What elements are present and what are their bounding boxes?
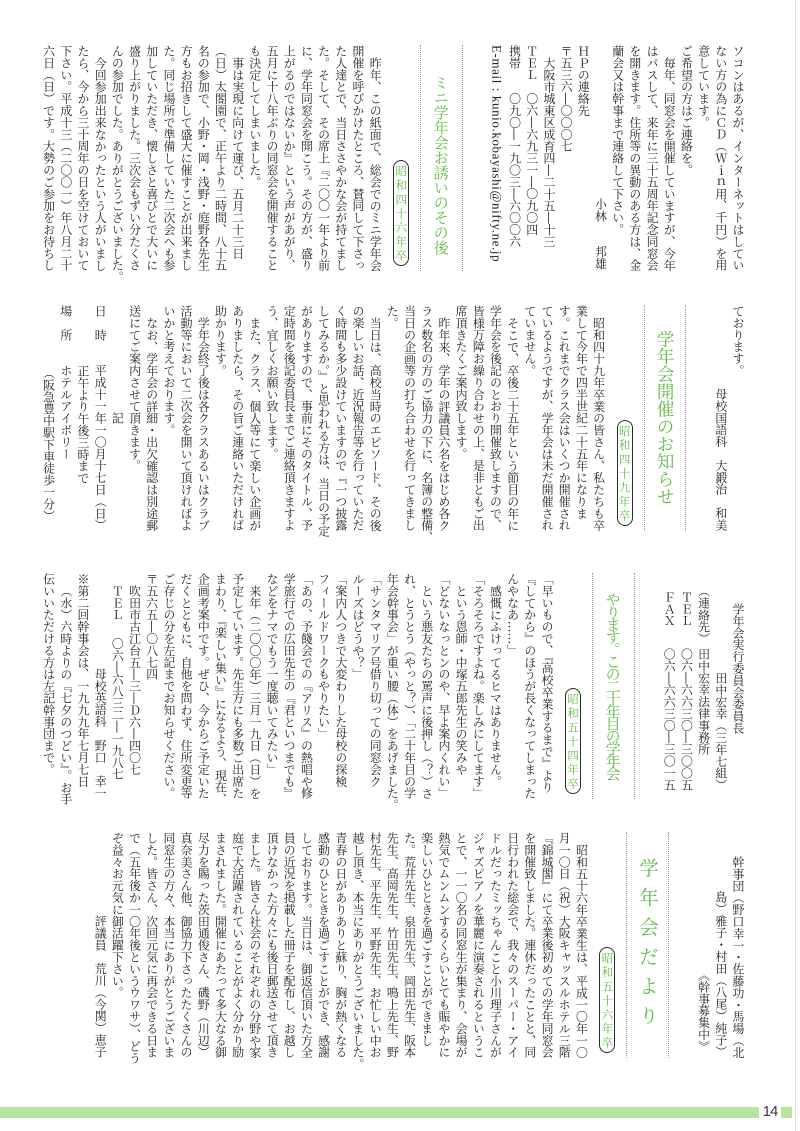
text-line: ジャズピアノを華麗に演奏されるというこ bbox=[469, 832, 486, 1058]
text-line: 五月に十八年ぶりの同窓会を開催すること bbox=[263, 45, 280, 271]
committee-tel: ＴＥＬ〇六―六六三〇―三〇〇五 bbox=[677, 573, 694, 799]
class-year-badge: 昭和五十四年卒 bbox=[565, 688, 581, 794]
text-line: まわり、『楽しい集い』になるよう、現在、 bbox=[211, 573, 228, 799]
text-line: 定時間を後記委員長までご連絡頂きますよ bbox=[280, 305, 297, 531]
text-line: しております。当日は、御返信頂いた方全 bbox=[297, 832, 314, 1058]
text-line: 加していただき、懐しさと喜びとで大いに bbox=[143, 45, 160, 271]
page-edge-rule bbox=[795, 0, 796, 1131]
organizers-line: 幹事団（野口幸一・佐藤功・馬場（北 bbox=[729, 832, 746, 1058]
article-title: ミニ学年会お誘いのその後 bbox=[429, 45, 453, 271]
author-signature: 母校国語科 大鍛治 和美 bbox=[712, 305, 729, 531]
text-line: 村先生、平先生、平野先生、お忙しい中お bbox=[366, 832, 383, 1058]
postal-code: 〒五六五―〇八七四 bbox=[143, 573, 160, 799]
text-line: 学年会終了後は各クラスあるいはクラブ bbox=[194, 305, 211, 531]
text-line: 年会幹事会」が重い腰（体）をあげました。 bbox=[383, 573, 400, 799]
schedule-time: 正午より午後三時まで bbox=[74, 305, 91, 531]
note-line: 伝いいただける方は左記幹事団まで。 bbox=[39, 573, 56, 799]
dotted-rule bbox=[668, 832, 670, 1058]
date-label: 日 時 bbox=[91, 305, 108, 365]
schedule-place: 場 所ホテルアイボリー bbox=[57, 305, 74, 531]
schedule-date: 日 時平成十一年一〇月十七日（日） bbox=[91, 305, 108, 531]
text-line: ております。 bbox=[729, 305, 746, 531]
text-line: 先生、高岡先生、竹田先生、鳴上先生、野 bbox=[383, 832, 400, 1058]
contact-label: （連絡先） bbox=[694, 585, 711, 648]
text-line: た。そして、その席上『二〇〇一年より前 bbox=[314, 45, 331, 271]
dotted-rule bbox=[626, 832, 628, 1058]
committee-chair-name: 田中宏幸（三年七組） bbox=[712, 573, 729, 799]
text-line: ルーズはどうや？」 bbox=[349, 573, 366, 799]
fax-label: ＦＡＸ bbox=[660, 591, 677, 648]
text-line: の楽しいお話、近況報告等を行っていただ bbox=[349, 305, 366, 531]
text-line: 盛り上がりました。三次会もずい分たくさ bbox=[125, 45, 142, 271]
article-title: 学年会開催のお知らせ bbox=[652, 305, 676, 531]
text-line: 『錦城閣』にて卒業後初めての学年同窓会 bbox=[538, 832, 555, 1058]
text-line: してみるか。』と思われる方は、当日の予定 bbox=[314, 305, 331, 531]
mobile-number: 〇九〇―一九〇三―六〇〇六 bbox=[508, 93, 522, 248]
text-line: まされました。開催にあたって多大なる御 bbox=[211, 832, 228, 1058]
text-line: 蘭会又は幹事まで連絡して下さい。 bbox=[609, 45, 626, 271]
text-line: した。皆さん、次回元気に再会できる日ま bbox=[143, 832, 160, 1058]
text-line: フィールドワークもやりたい」 bbox=[314, 573, 331, 799]
text-line: 「早いもので、『高校卒業するまで』より bbox=[538, 573, 555, 799]
committee-fax: ＦＡＸ〇六―六六三〇―三〇一五 bbox=[660, 573, 677, 799]
text-line: う、宜しくお願い致します。 bbox=[263, 305, 280, 531]
text-line: 活動等において二次会を開いて頂ければよ bbox=[177, 305, 194, 531]
class-year-badge: 昭和四十九年卒 bbox=[617, 420, 633, 526]
text-line: た。同じ場所で準備していた二次会へも参 bbox=[160, 45, 177, 271]
text-line: また、クラス、個人等にて楽しい企画が bbox=[246, 305, 263, 531]
contact-tel: ＴＥＬ〇六―六九三一―〇九〇四 bbox=[523, 45, 540, 271]
text-line: はパスして、来年に三十五周年記念同窓会 bbox=[643, 45, 660, 271]
text-line: 『してから』のほうが長くなってしまった bbox=[521, 573, 538, 799]
text-line: 送にてご案内させて頂きます。 bbox=[125, 305, 142, 531]
place-label: 場 所 bbox=[57, 305, 74, 365]
text-line: という悪友たちの罵声に後押し（？）さ bbox=[418, 573, 435, 799]
tel-label: ＴＥＬ bbox=[677, 591, 694, 648]
text-line: を開催致しました。連休だったことと、同 bbox=[521, 832, 538, 1058]
text-line: という恩師・中塚五郎先生の笑みや bbox=[452, 573, 469, 799]
committee-office: （連絡先）田中宏幸法律事務所 bbox=[694, 573, 711, 799]
text-line: んの参加でした。ありがとうございました。 bbox=[108, 45, 125, 271]
footer-bar bbox=[0, 1107, 792, 1118]
tier-4: 幹事団（野口幸一・佐藤功・馬場（北 島）雅子・村田（八尾）純子） 《幹事募集中》… bbox=[91, 832, 746, 1058]
article-title: やります。この二十年目の学年会 bbox=[601, 573, 625, 799]
text-line: 月一〇日（祝）大阪キャッスルホテル三階 bbox=[555, 832, 572, 1058]
text-line: 真奈美さん他、御協力下さったたくさんの bbox=[177, 832, 194, 1058]
text-line: そこで、卒後二十五年という節目の年に bbox=[504, 305, 521, 531]
author-signature: 評議員 荒川（今関）恵子 bbox=[91, 832, 108, 1058]
tel-number: 〇六―六八三二―一九八七 bbox=[110, 637, 124, 780]
note-line: （水）六時よりの『七夕のつどい』。お手 bbox=[57, 573, 74, 799]
place-value: ホテルアイボリー bbox=[59, 365, 73, 460]
committee-role: 学年会実行委員会委員長 bbox=[729, 573, 746, 799]
text-line: 業して今年で四半世紀二十五年になりま bbox=[572, 305, 589, 531]
text-line: だくとともに、自他を問わず、住所変更等 bbox=[177, 573, 194, 799]
dotted-rule bbox=[462, 45, 464, 271]
mobile-label: 携帯 bbox=[505, 45, 522, 93]
address: 吹田市古江台五―三―Ｄ六―四〇七 bbox=[125, 573, 142, 799]
text-line: 学年会を後記のとおり開催致しますので、 bbox=[486, 305, 503, 531]
text-line: た。 bbox=[383, 305, 400, 531]
text-line: 「あの、予餞会での『アリス』の熱唱や修 bbox=[297, 573, 314, 799]
text-line: 学旅行での広田先生の『君といつまでも』 bbox=[280, 573, 297, 799]
tel-number: 〇六―六九三一―〇九〇四 bbox=[525, 93, 539, 236]
text-line: いかと考えております。 bbox=[160, 305, 177, 531]
text-line: ぞ益々お元気に御活躍下さい。 bbox=[108, 832, 125, 1058]
schedule-access: （阪急豊中駅下車徒歩一分） bbox=[39, 305, 56, 531]
tier-1: ソコンはあるが、インターネットはしてい ない方の為にＣＤ（Ｗｉｎ用、千円）を用 … bbox=[39, 45, 746, 271]
text-line: ているようですが、学年会は未だ開催され bbox=[538, 305, 555, 531]
class-year-badge-wrap: 昭和五十四年卒 bbox=[564, 573, 582, 799]
text-line: 助かります。 bbox=[211, 305, 228, 531]
text-line: 開催を呼びかけたところ、賛同して下さっ bbox=[349, 45, 366, 271]
contact-tel: ＴＥＬ〇六―六八三二―一九八七 bbox=[108, 573, 125, 799]
text-line: ない方の為にＣＤ（Ｗｉｎ用、千円）を用 bbox=[712, 45, 729, 271]
tel-label: ＴＥＬ bbox=[523, 45, 540, 93]
text-line: 「どないなっとンのや、早よ案内くれい」 bbox=[435, 573, 452, 799]
text-line: 来年（二〇〇〇年）三月一九日（日）を bbox=[246, 573, 263, 799]
text-line: 昨年、この紙面で、総会でのミニ学年会 bbox=[366, 45, 383, 271]
text-line: に、学年同窓会を開こう。その方が、盛り bbox=[297, 45, 314, 271]
class-year-badge-wrap: 昭和四十九年卒 bbox=[616, 305, 634, 531]
text-line: 「サンタマリア号借り切っての同窓会ク bbox=[366, 573, 383, 799]
postal-code: 〒五三六―〇〇〇七 bbox=[557, 45, 574, 271]
fax-number: 〇六―六六三〇―三〇一五 bbox=[662, 648, 676, 791]
text-line: 企画考案中です。ぜひ、今からご予定いた bbox=[194, 573, 211, 799]
text-line: んやなあ……」 bbox=[504, 573, 521, 799]
date-value: 平成十一年一〇月十七日（日） bbox=[93, 365, 107, 532]
text-line: 事は実現に向けて運び、五月二十三日 bbox=[229, 45, 246, 271]
notice-heading: 記 bbox=[108, 305, 125, 531]
text-line: す。これまでクラス会はいくつか開催され bbox=[555, 305, 572, 531]
text-line: ありましたら、その旨ご連絡いただければ bbox=[229, 305, 246, 531]
text-line: 青春の日がありありと蘇り、胸が熱くなる bbox=[332, 832, 349, 1058]
dotted-rule bbox=[420, 45, 422, 271]
text-line: ご存じの分を左記までお知らせください。 bbox=[160, 573, 177, 799]
contact-mobile: 携帯〇九〇―一九〇三―六〇〇六 bbox=[505, 45, 522, 271]
page-number: 14 bbox=[759, 1102, 781, 1122]
text-line: 席頂きたくご案内致します。 bbox=[452, 305, 469, 531]
class-year-badge-wrap: 昭和五十六年卒 bbox=[598, 832, 616, 1058]
text-line: も決定してしまいました。 bbox=[246, 45, 263, 271]
author-signature: 小林 邦雄 bbox=[591, 45, 608, 271]
text-line: 当日の企画等の打ち合わせを行ってきまし bbox=[400, 305, 417, 531]
text-line: 感慨にふけってるヒマはありません。 bbox=[486, 573, 503, 799]
text-line: ドルだったミッちゃんこと小川理子さんが bbox=[486, 832, 503, 1058]
text-line: く時間も多少設けていますので『一つ披露 bbox=[332, 305, 349, 531]
text-line: 毎年、同窓会を開催していますが、今年 bbox=[660, 45, 677, 271]
text-line: 尽力を賜った茨田通俊さん、磯野（川辺） bbox=[194, 832, 211, 1058]
text-line: 昭和四十九年卒業の皆さん、私たちも卒 bbox=[589, 305, 606, 531]
text-line: を開きます。住所等の異動のある方は、金 bbox=[626, 45, 643, 271]
text-line: 意しています。 bbox=[694, 45, 711, 271]
text-line: 名の参加で、小野・岡・浅野・庭野各先生 bbox=[194, 45, 211, 271]
text-line: 昭和五十六年卒業生は、平成一〇年一〇 bbox=[572, 832, 589, 1058]
tier-3: 学年会実行委員会委員長 田中宏幸（三年七組） （連絡先）田中宏幸法律事務所 ＴＥ… bbox=[39, 573, 746, 799]
address: 大阪市城東区成育四―二十五―十三 bbox=[540, 45, 557, 271]
text-line: た。荒井先生、泉田先生、岡田先生、阪本 bbox=[400, 832, 417, 1058]
text-line: なお、学年会の詳細・出欠確認は別途郵 bbox=[143, 305, 160, 531]
text-line: たら、今から三十周年の日を空けておいて bbox=[74, 45, 91, 271]
text-line: ました。皆さん社会のそれぞれの分野や家 bbox=[246, 832, 263, 1058]
tel-number: 〇六―六六三〇―三〇〇五 bbox=[679, 648, 693, 791]
text-line: た人達とで、当日ささやかな会が持てまし bbox=[332, 45, 349, 271]
text-line: などをナマでもう一度聴いてみたい」 bbox=[263, 573, 280, 799]
class-year-badge-wrap: 昭和四十六年卒 bbox=[392, 45, 410, 271]
text-line: 同窓生の方々、本当にありがとうございま bbox=[160, 832, 177, 1058]
text-line: 皆様万障お繰り合わせの上、是非ともご出 bbox=[469, 305, 486, 531]
contact-email: E-mail : kunio.kobayashi@nifty.ne.jp bbox=[488, 45, 505, 271]
text-line: 今回参加出来なかったという人がいまし bbox=[91, 45, 108, 271]
text-line: ていません。 bbox=[521, 305, 538, 531]
contact-heading: ＨＰの連絡先 bbox=[574, 45, 591, 271]
office-name: 田中宏幸法律事務所 bbox=[697, 648, 711, 755]
text-line: 越し頂き、本当にありがとうございました。 bbox=[349, 832, 366, 1058]
text-line: 感動のひとときを過ごすことができ、感謝 bbox=[314, 832, 331, 1058]
text-line: ソコンはあるが、インターネットはしてい bbox=[729, 45, 746, 271]
class-year-badge: 昭和四十六年卒 bbox=[393, 160, 409, 266]
text-line: 「案内人つきで大変わりした母校の探検 bbox=[332, 573, 349, 799]
text-line: とで、一一〇名の同窓生が集まり、会場が bbox=[452, 832, 469, 1058]
text-line: 昨年来、学年の評議員六名をはじめ各ク bbox=[435, 305, 452, 531]
text-line: 員の近況を掲載した冊子を配布し、お越し bbox=[280, 832, 297, 1058]
dotted-rule bbox=[592, 573, 594, 799]
tier-2: ております。 母校国語科 大鍛治 和美 学年会開催のお知らせ 昭和四十九年卒 昭… bbox=[39, 305, 746, 531]
text-line: ラス数名の方のご協力の下に、名簿の整備、 bbox=[418, 305, 435, 531]
text-line: 六日（日）です。大勢のご参加をお待ちし bbox=[39, 45, 56, 271]
organizers-recruiting: 《幹事募集中》 bbox=[694, 832, 711, 1058]
text-line: 楽しいひとときを過ごすことができまし bbox=[418, 832, 435, 1058]
text-line: 予定しています。先生方にも多数ご出席た bbox=[229, 573, 246, 799]
text-line: 方もお招きして盛大に催すことが出来まし bbox=[177, 45, 194, 271]
class-year-badge: 昭和五十六年卒 bbox=[599, 947, 615, 1053]
dotted-rule bbox=[644, 305, 646, 531]
text-line: 当日は、高校当時のエピソード、その後 bbox=[366, 305, 383, 531]
text-line: で（五年後か一〇年後というウワサ）、どう bbox=[125, 832, 142, 1058]
text-line: （日）太閤園で、正午より二時間、八十五 bbox=[211, 45, 228, 271]
dotted-rule bbox=[685, 305, 687, 531]
text-line: 上がるのではないか』という声があがり、 bbox=[280, 45, 297, 271]
dotted-rule bbox=[634, 573, 636, 799]
text-line: 「そろそろですよね。楽しみにしてます」 bbox=[469, 573, 486, 799]
article-title: 学年会だより bbox=[635, 832, 659, 1058]
text-line: ご希望の方はご連絡を。 bbox=[677, 45, 694, 271]
text-line: 熱気でムンムンするくらいとても賑やかに bbox=[435, 832, 452, 1058]
text-line: 頂けなかった方々にも後日郵送させて頂き bbox=[263, 832, 280, 1058]
text-line: 下さい。平成十三（二〇〇一）年八月二十 bbox=[57, 45, 74, 271]
author-signature: 母校英語科 野口 幸一 bbox=[91, 573, 108, 799]
text-line: がありますので、事前にそのタイトル、予 bbox=[297, 305, 314, 531]
organizers-line: 島）雅子・村田（八尾）純子） bbox=[712, 832, 729, 1058]
note-line: ※第二回幹事会は、一九九九年七月七日 bbox=[74, 573, 91, 799]
tel-label: ＴＥＬ bbox=[108, 585, 125, 637]
text-line: 日行われた総会で、我々のスーパー・アイ bbox=[504, 832, 521, 1058]
text-line: 庭で大活躍されていることがよく分かり励 bbox=[229, 832, 246, 1058]
text-line: れ、とうとう（やっと？）、「二十年目の学 bbox=[400, 573, 417, 799]
